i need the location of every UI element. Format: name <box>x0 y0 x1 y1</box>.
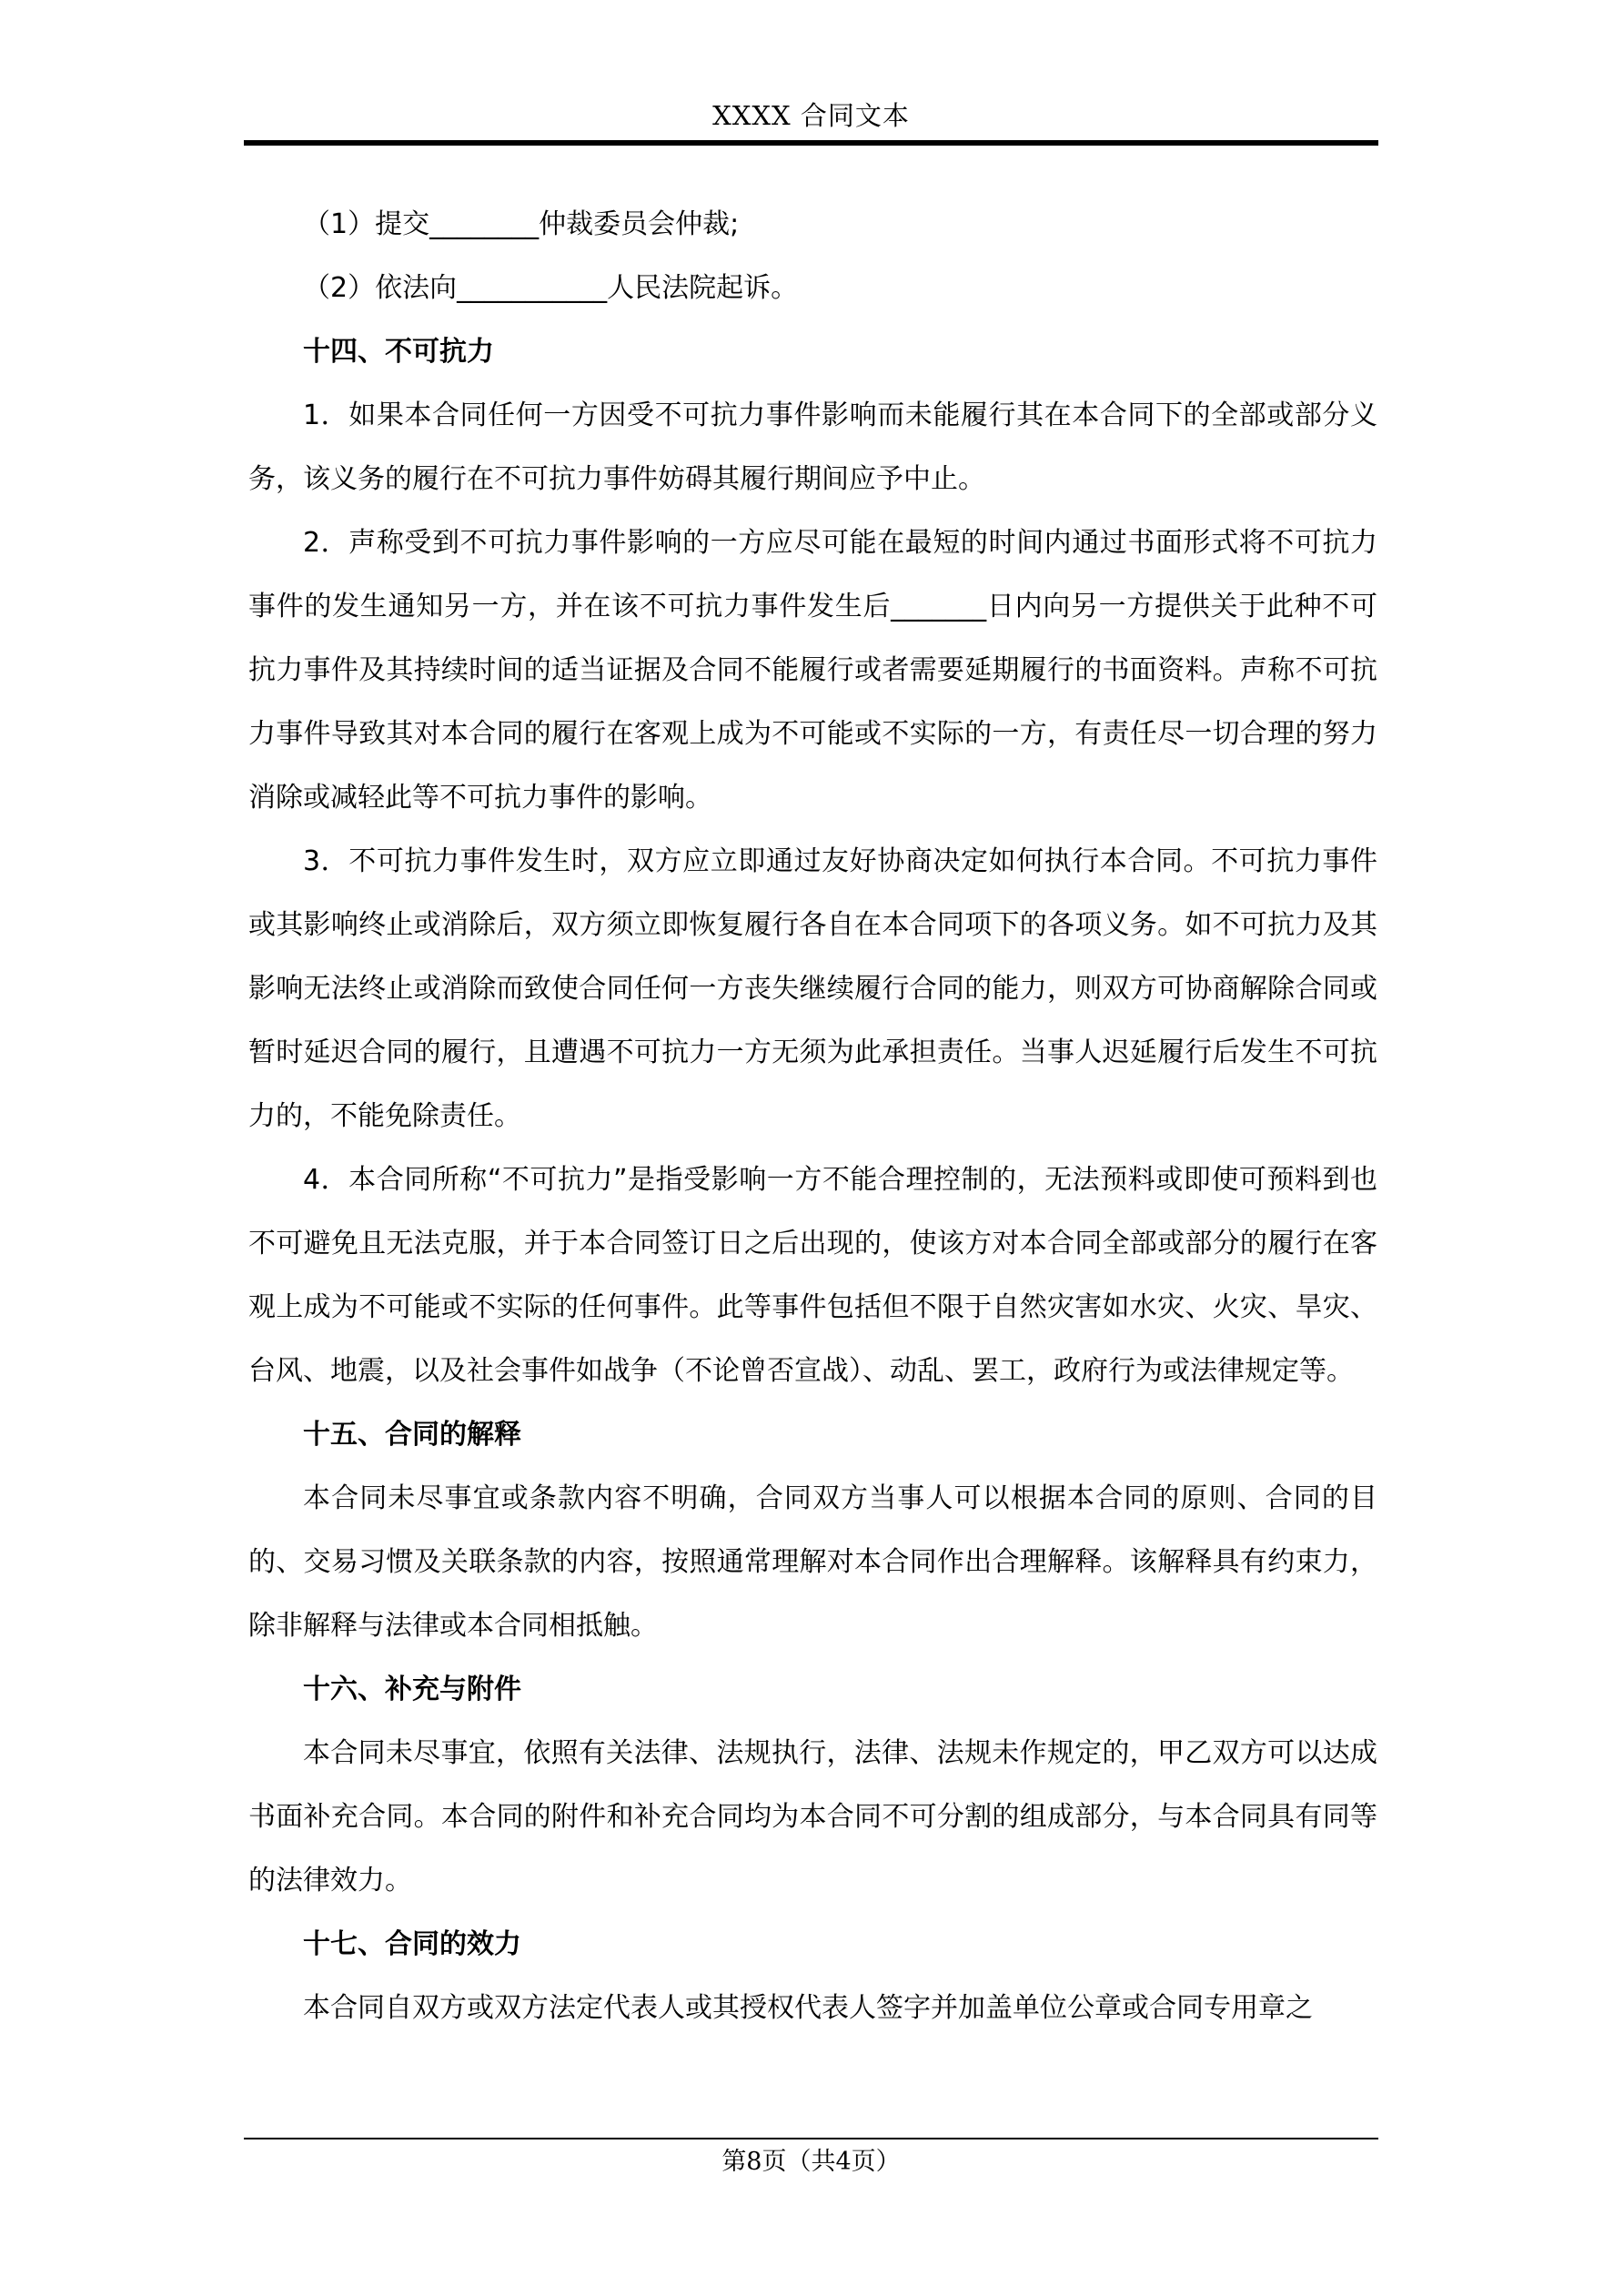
paragraph-14-1: 1．如果本合同任何一方因受不可抗力事件影响而未能履行其在本合同下的全部或部分义务… <box>248 384 1377 511</box>
paragraph-14-3: 3．不可抗力事件发生时，双方应立即通过友好协商决定如何执行本合同。不可抗力事件或… <box>248 830 1377 1148</box>
header-title: XXXX 合同文本 <box>712 103 910 140</box>
section-heading-15: 十五、合同的解释 <box>248 1403 1377 1467</box>
paragraph-14-4: 4．本合同所称“不可抗力”是指受影响一方不能合理控制的，无法预料或即使可预料到也… <box>248 1148 1377 1403</box>
paragraph-16-1: 本合同未尽事宜，依照有关法律、法规执行，法律、法规未作规定的，甲乙双方可以达成书… <box>248 1722 1377 1913</box>
document-body: （1）提交________仲裁委员会仲裁; （2）依法向___________人… <box>248 193 1377 2040</box>
page-header: XXXX 合同文本 <box>244 0 1378 146</box>
section-heading-16: 十六、补充与附件 <box>248 1658 1377 1722</box>
clause-item-2: （2）依法向___________人民法院起诉。 <box>248 257 1377 320</box>
paragraph-15-1: 本合同未尽事宜或条款内容不明确，合同双方当事人可以根据本合同的原则、合同的目的、… <box>248 1467 1377 1658</box>
section-heading-14: 十四、不可抗力 <box>248 320 1377 384</box>
contract-document-page: XXXX 合同文本 （1）提交________仲裁委员会仲裁; （2）依法向__… <box>0 0 1624 2296</box>
page-number: 第8页（共4页） <box>244 2144 1378 2180</box>
clause-item-1: （1）提交________仲裁委员会仲裁; <box>248 193 1377 257</box>
footer-divider <box>244 2138 1378 2139</box>
paragraph-14-2: 2．声称受到不可抗力事件影响的一方应尽可能在最短的时间内通过书面形式将不可抗力事… <box>248 511 1377 830</box>
paragraph-17-1: 本合同自双方或双方法定代表人或其授权代表人签字并加盖单位公章或合同专用章之 <box>248 1977 1377 2040</box>
section-heading-17: 十七、合同的效力 <box>248 1913 1377 1977</box>
